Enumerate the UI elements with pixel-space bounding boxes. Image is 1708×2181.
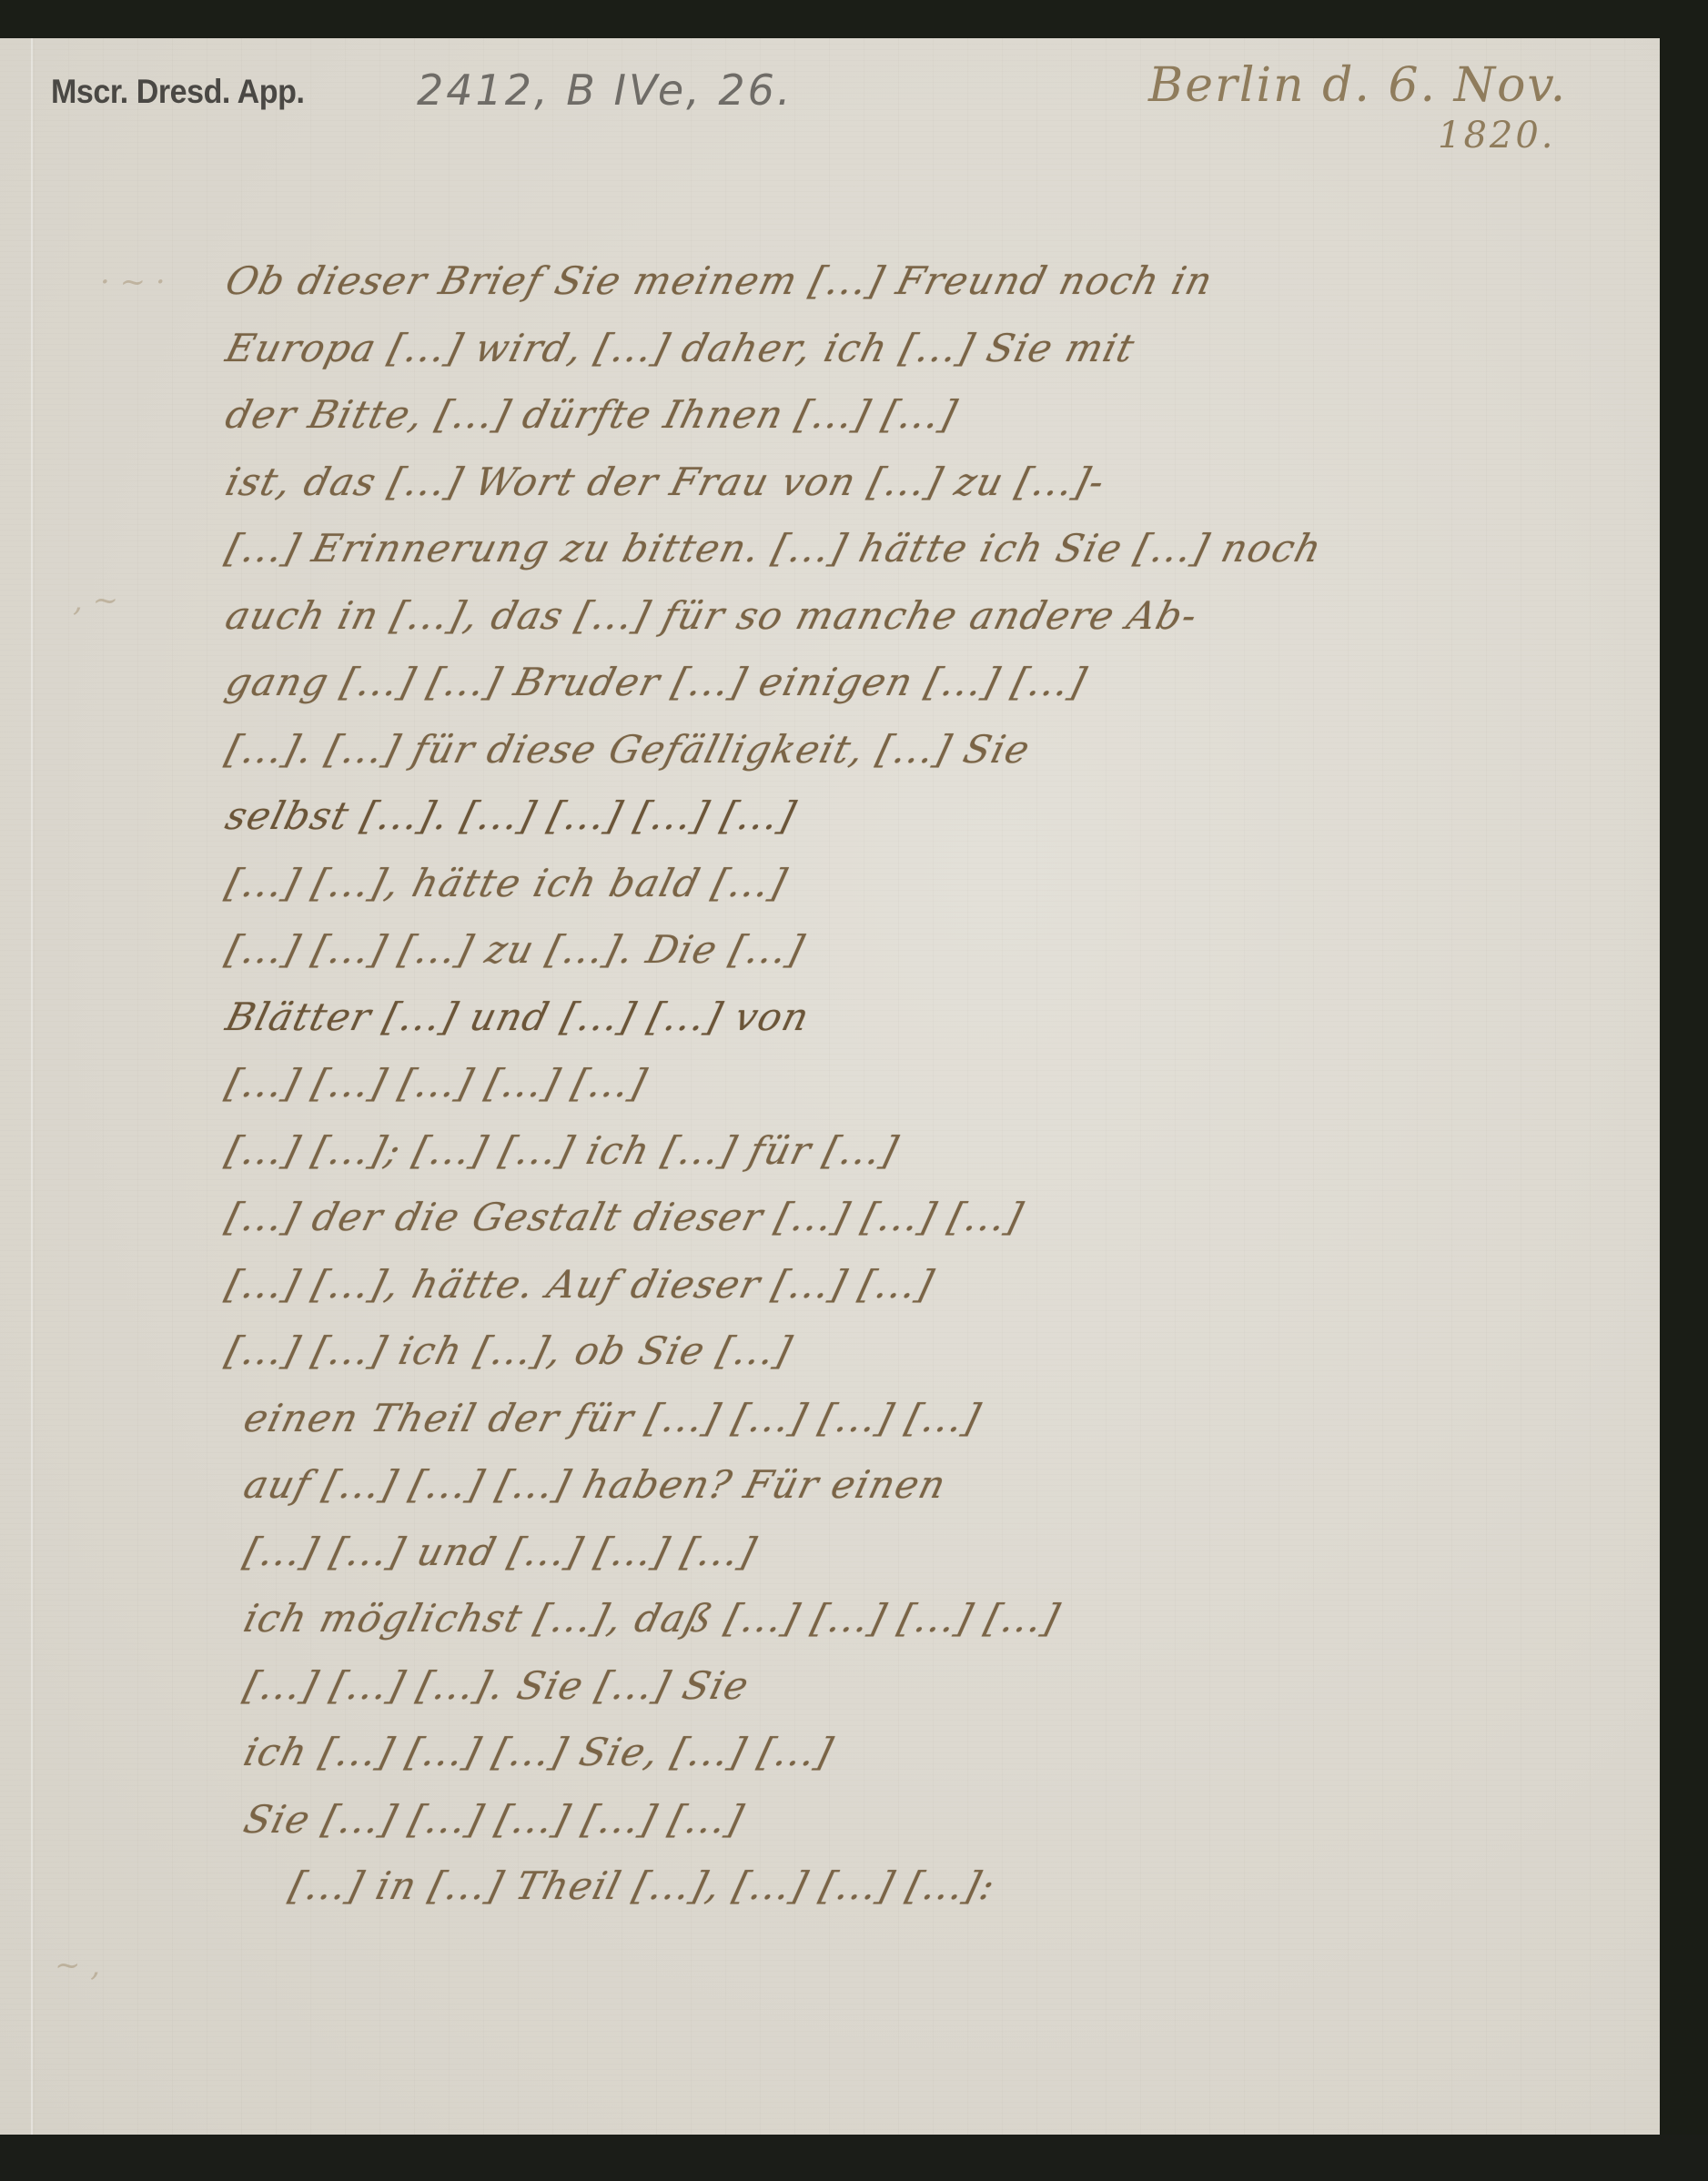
- body-line-11: [...] [...] [...] zu [...]. Die [...]: [218, 916, 1682, 984]
- body-line-13: [...] [...] [...] [...] [...]: [218, 1050, 1682, 1117]
- body-line-3: der Bitte, [...] dürfte Ihnen [...] [...…: [218, 381, 1682, 449]
- dateline-year: 1820.: [1438, 115, 1556, 157]
- archive-stamp: Mscr. Dresd. App.: [51, 73, 304, 111]
- body-line-7: gang [...] [...] Bruder [...] einigen [.…: [218, 649, 1682, 716]
- shelfmark-pencil: 2412, B IVe, 26.: [417, 66, 793, 115]
- body-line-9: selbst [...]. [...] [...] [...] [...]: [218, 783, 1682, 850]
- body-line-16: [...] [...], hätte. Auf dieser [...] [..…: [218, 1251, 1682, 1318]
- body-line-24: Sie [...] [...] [...] [...] [...]: [218, 1786, 1682, 1853]
- body-line-18: einen Theil der für [...] [...] [...] [.…: [218, 1385, 1682, 1452]
- body-line-23: ich [...] [...] [...] Sie, [...] [...]: [218, 1719, 1682, 1786]
- ink-bleed-through: · ~ ·: [100, 264, 166, 300]
- scan-frame-bottom: [0, 2135, 1708, 2181]
- body-line-17: [...] [...] ich [...], ob Sie [...]: [218, 1318, 1682, 1385]
- ink-bleed-through: ~ ,: [55, 1947, 100, 1984]
- dateline-place-day: Berlin d. 6. Nov.: [1148, 58, 1567, 113]
- body-line-4: ist, das [...] Wort der Frau von [...] z…: [218, 449, 1682, 516]
- body-line-8: [...]. [...] für diese Gefälligkeit, [..…: [218, 716, 1682, 783]
- body-line-2: Europa [...] wird, [...] daher, ich [...…: [218, 315, 1682, 382]
- ink-bleed-through: , ~: [73, 582, 118, 619]
- body-line-5: [...] Erinnerung zu bitten. [...] hätte …: [218, 515, 1682, 582]
- body-line-21: ich möglichst [...], daß [...] [...] [..…: [218, 1585, 1682, 1652]
- body-line-19: auf [...] [...] [...] haben? Für einen: [218, 1451, 1682, 1519]
- paper-fold-line: [31, 38, 33, 2135]
- body-line-22: [...] [...] [...]. Sie [...] Sie: [218, 1652, 1682, 1720]
- body-line-14: [...] [...]; [...] [...] ich [...] für […: [218, 1117, 1682, 1185]
- scan-frame-top: [0, 0, 1708, 38]
- body-line-12: Blätter [...] und [...] [...] von: [218, 984, 1682, 1051]
- body-line-1: Ob dieser Brief Sie meinem [...] Freund …: [218, 247, 1682, 315]
- letter-body: Ob dieser Brief Sie meinem [...] Freund …: [218, 247, 1665, 1920]
- body-line-6: auch in [...], das [...] für so manche a…: [218, 582, 1682, 650]
- body-line-20: [...] [...] und [...] [...] [...]: [218, 1519, 1682, 1586]
- body-line-25: [...] in [...] Theil [...], [...] [...] …: [218, 1853, 1682, 1920]
- body-line-10: [...] [...], hätte ich bald [...]: [218, 850, 1682, 917]
- body-line-15: [...] der die Gestalt dieser [...] [...]…: [218, 1184, 1682, 1251]
